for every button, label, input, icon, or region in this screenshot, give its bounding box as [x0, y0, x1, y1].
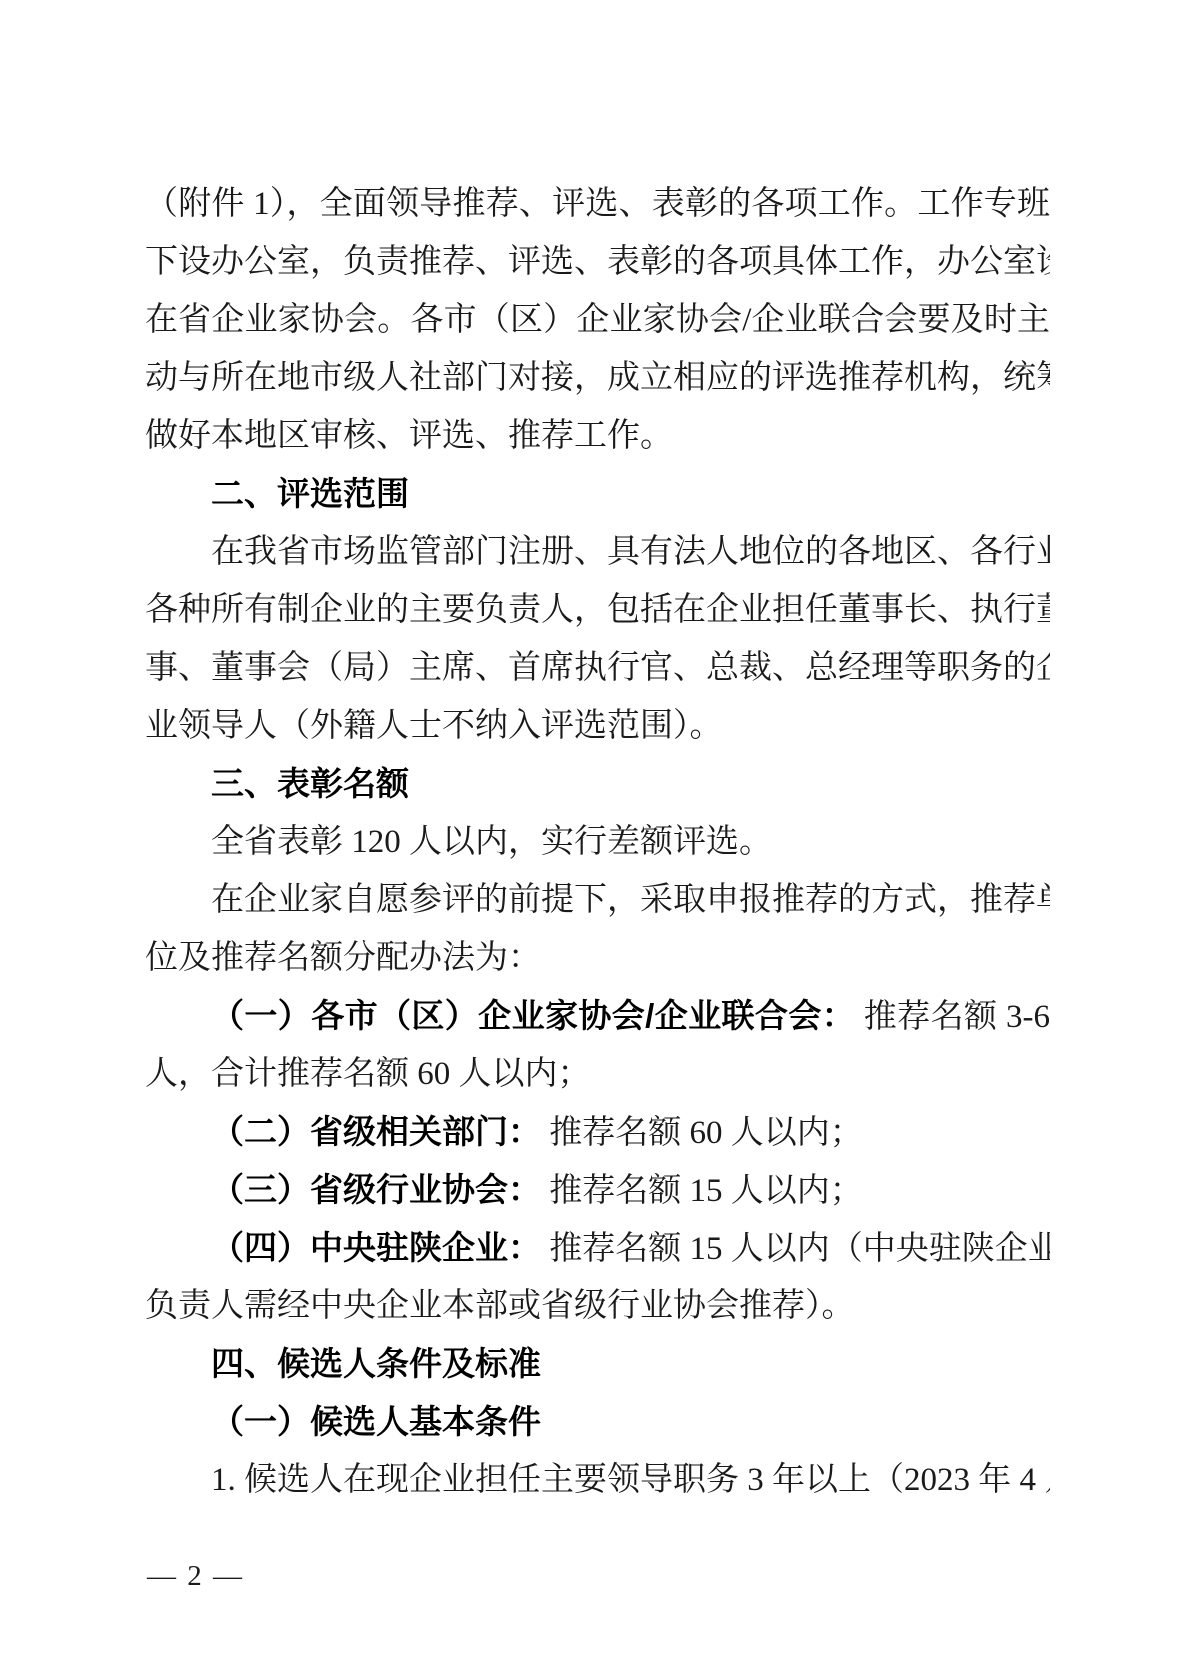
body-line: 人，合计推荐名额 60 人以内； — [145, 1045, 1050, 1103]
list-item-text: 推荐名额 60 人以内； — [541, 1115, 863, 1151]
list-item-label: （四）中央驻陕企业： — [211, 1229, 541, 1266]
body-line: 1. 候选人在现企业担任主要领导职务 3 年以上（2023 年 4 月 — [145, 1451, 1050, 1509]
document-body: （附件 1），全面领导推荐、评选、表彰的各项工作。工作专班 下设办公室，负责推荐… — [145, 175, 1050, 1509]
list-item-text: 推荐名额 15 人以内（中央驻陕企业 — [541, 1231, 1050, 1267]
body-line: 各种所有制企业的主要负责人，包括在企业担任董事长、执行董 — [145, 581, 1050, 639]
list-item-text: 推荐名额 15 人以内； — [541, 1173, 863, 1209]
list-item-3: （三）省级行业协会： 推荐名额 15 人以内； — [145, 1161, 1050, 1219]
body-line: 做好本地区审核、评选、推荐工作。 — [145, 407, 1050, 465]
body-line: 事、董事会（局）主席、首席执行官、总裁、总经理等职务的企 — [145, 639, 1050, 697]
body-line: 位及推荐名额分配办法为： — [145, 929, 1050, 987]
body-line: 动与所在地市级人社部门对接，成立相应的评选推荐机构，统筹 — [145, 349, 1050, 407]
document-page: （附件 1），全面领导推荐、评选、表彰的各项工作。工作专班 下设办公室，负责推荐… — [0, 0, 1186, 1680]
list-item-label: （二）省级相关部门： — [211, 1113, 541, 1150]
list-item-2: （二）省级相关部门： 推荐名额 60 人以内； — [145, 1103, 1050, 1161]
body-line: 在省企业家协会。各市（区）企业家协会/企业联合会要及时主 — [145, 291, 1050, 349]
list-item-text: 推荐名额 3-6 — [855, 999, 1050, 1035]
body-line: 下设办公室，负责推荐、评选、表彰的各项具体工作，办公室设 — [145, 233, 1050, 291]
body-line: 业领导人（外籍人士不纳入评选范围）。 — [145, 697, 1050, 755]
section-heading-3: 三、表彰名额 — [145, 755, 1050, 813]
section-heading-2: 二、评选范围 — [145, 465, 1050, 523]
section-heading-4: 四、候选人条件及标准 — [145, 1335, 1050, 1393]
body-line: 负责人需经中央企业本部或省级行业协会推荐）。 — [145, 1277, 1050, 1335]
subsection-heading: （一）候选人基本条件 — [145, 1393, 1050, 1451]
body-line: 全省表彰 120 人以内，实行差额评选。 — [145, 813, 1050, 871]
page-number: — 2 — — [147, 1556, 244, 1596]
body-line: （附件 1），全面领导推荐、评选、表彰的各项工作。工作专班 — [145, 175, 1050, 233]
list-item-label: （一）各市（区）企业家协会/企业联合会： — [211, 997, 855, 1034]
body-line: 在我省市场监管部门注册、具有法人地位的各地区、各行业、 — [145, 523, 1050, 581]
list-item-4: （四）中央驻陕企业： 推荐名额 15 人以内（中央驻陕企业 — [145, 1219, 1050, 1277]
list-item-label: （三）省级行业协会： — [211, 1171, 541, 1208]
body-line: 在企业家自愿参评的前提下，采取申报推荐的方式，推荐单 — [145, 871, 1050, 929]
list-item-1: （一）各市（区）企业家协会/企业联合会： 推荐名额 3-6 — [145, 987, 1050, 1045]
